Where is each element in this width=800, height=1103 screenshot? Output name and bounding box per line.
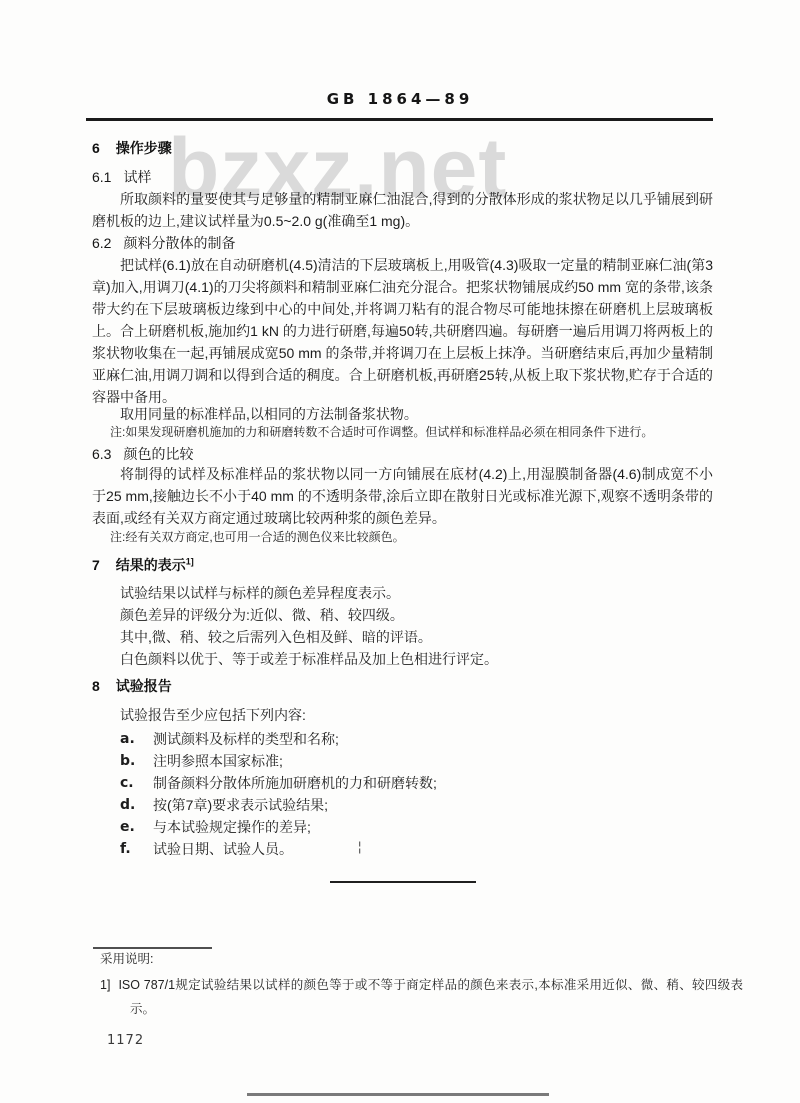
list-item-label: b. bbox=[120, 750, 153, 772]
footnote-text: ISO 787/1规定试验结果以试样的颜色等于或不等于商定样品的颜色来表示,本标… bbox=[118, 978, 743, 1016]
list-item-label: a. bbox=[120, 728, 153, 750]
list-item: e.与本试验规定操作的差异; bbox=[120, 816, 713, 838]
section-title: 试样 bbox=[123, 169, 151, 185]
paragraph: 将制得的试样及标准样品的浆状物以同一方向铺展在底材(4.2)上,用湿膜制备器(4… bbox=[92, 463, 713, 529]
paragraph: 所取颜料的量要使其与足够量的精制亚麻仁油混合,得到的分散体形成的浆状物足以几乎铺… bbox=[92, 188, 713, 232]
list-item-label: d. bbox=[120, 794, 153, 816]
footnote-divider bbox=[93, 947, 212, 949]
section-number: 8 bbox=[92, 675, 100, 697]
footnote-item: 1]ISO 787/1规定试验结果以试样的颜色等于或不等于商定样品的颜色来表示,… bbox=[100, 973, 743, 1021]
section-7-body: 试验结果以试样与标样的颜色差异程度表示。 颜色差异的评级分为:近似、微、稍、较四… bbox=[92, 582, 713, 670]
end-of-text-divider bbox=[330, 881, 476, 883]
section-title: 颜色的比较 bbox=[123, 446, 193, 462]
list-item-text: 注明参照本国家标准; bbox=[153, 750, 283, 772]
section-6-1-heading: 6.1试样 bbox=[92, 166, 713, 188]
section-7-heading: 7结果的表示1] bbox=[92, 554, 713, 576]
paragraph: 试验结果以试样与标样的颜色差异程度表示。 bbox=[92, 582, 713, 604]
paragraph: 颜色差异的评级分为:近似、微、稍、较四级。 bbox=[92, 604, 713, 626]
list-item-text: 测试颜料及标样的类型和名称; bbox=[153, 728, 339, 750]
paragraph: 试验报告至少应包括下列内容: bbox=[92, 704, 713, 726]
section-6-2-heading: 6.2颜料分散体的制备 bbox=[92, 232, 713, 254]
section-number: 6.2 bbox=[92, 232, 111, 254]
adoption-note-title: 采用说明: bbox=[100, 951, 153, 967]
section-title: 颜料分散体的制备 bbox=[123, 235, 235, 251]
section-6-heading: 6操作步骤 bbox=[92, 137, 713, 159]
bottom-scan-bar bbox=[247, 1093, 549, 1096]
paragraph: 取用同量的标准样品,以相同的方法制备浆状物。 bbox=[92, 403, 713, 425]
list-item: a.测试颜料及标样的类型和名称; bbox=[120, 728, 713, 750]
section-8-heading: 8试验报告 bbox=[92, 675, 713, 697]
list-item-text: 与本试验规定操作的差异; bbox=[153, 816, 311, 838]
section-title: 试验报告 bbox=[116, 678, 172, 694]
document-page: GB 1864—89 bzxz.net 6操作步骤 6.1试样 所取颜料的量要使… bbox=[0, 0, 800, 1103]
list-item-label: f. bbox=[120, 838, 153, 860]
list-item-label: e. bbox=[120, 816, 153, 838]
section-number: 6.1 bbox=[92, 166, 111, 188]
paragraph: 其中,微、稍、较之后需列入色相及鲜、暗的评语。 bbox=[92, 626, 713, 648]
footnote-reference: 1] bbox=[186, 556, 194, 566]
page-number: 1172 bbox=[107, 1033, 144, 1048]
paragraph: 把试样(6.1)放在自动研磨机(4.5)清洁的下层玻璃板上,用吸管(4.3)吸取… bbox=[92, 254, 713, 408]
section-title: 结果的表示 bbox=[116, 557, 186, 573]
section-number: 6.3 bbox=[92, 443, 111, 465]
note: 注:如果发现研磨机施加的力和研磨转数不合适时可作调整。但试样和标准样品必须在相同… bbox=[110, 424, 710, 440]
list-item-text: 试验日期、试验人员。 bbox=[153, 838, 293, 860]
list-item-text: 制备颜料分散体所施加研磨机的力和研磨转数; bbox=[153, 772, 437, 794]
scan-artifact: ¦ bbox=[358, 839, 361, 854]
list-item: b.注明参照本国家标准; bbox=[120, 750, 713, 772]
section-6-3-heading: 6.3颜色的比较 bbox=[92, 443, 713, 465]
section-number: 7 bbox=[92, 554, 100, 576]
list-item-text: 按(第7章)要求表示试验结果; bbox=[153, 794, 328, 816]
note: 注:经有关双方商定,也可用一合适的测色仪来比较颜色。 bbox=[110, 529, 710, 545]
paragraph: 白色颜料以优于、等于或差于标准样品及加上色相进行评定。 bbox=[92, 648, 713, 670]
standard-number: GB 1864—89 bbox=[0, 90, 800, 108]
list-item-label: c. bbox=[120, 772, 153, 794]
report-list: a.测试颜料及标样的类型和名称; b.注明参照本国家标准; c.制备颜料分散体所… bbox=[92, 728, 713, 860]
list-item: f.试验日期、试验人员。 bbox=[120, 838, 713, 860]
footnote-label: 1] bbox=[100, 978, 110, 992]
list-item: c.制备颜料分散体所施加研磨机的力和研磨转数; bbox=[120, 772, 713, 794]
list-item: d.按(第7章)要求表示试验结果; bbox=[120, 794, 713, 816]
section-number: 6 bbox=[92, 137, 100, 159]
section-title: 操作步骤 bbox=[116, 140, 172, 156]
